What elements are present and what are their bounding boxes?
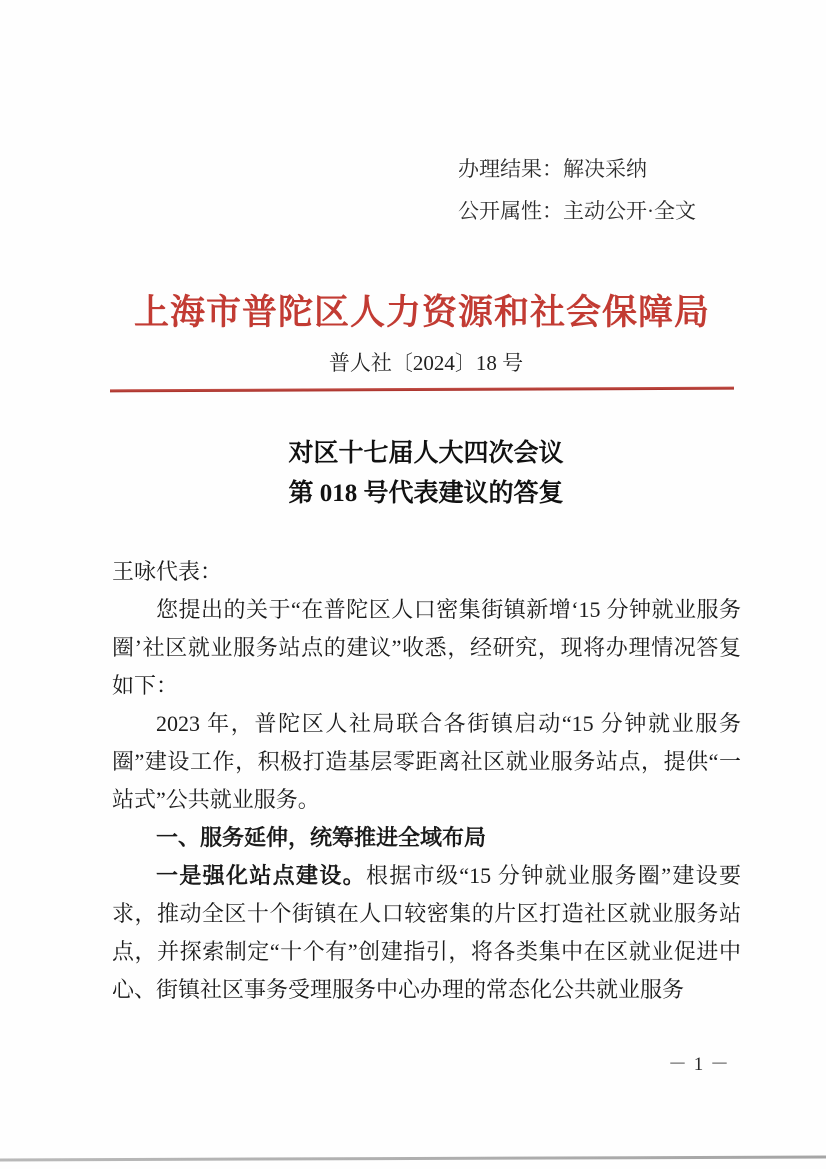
scan-bottom-edge: [0, 1156, 826, 1162]
document-title-line2: 第 018 号代表建议的答复: [112, 474, 740, 514]
document-page: 办理结果：解决采纳 公开属性：主动公开·全文 上海市普陀区人力资源和社会保障局 …: [0, 0, 826, 1169]
handling-result-label: 办理结果：: [458, 157, 563, 181]
document-body: 王咏代表： 您提出的关于“在普陀区人口密集街镇新增‘15 分钟就业服务圈’社区就…: [112, 553, 741, 1009]
section-heading: 一、服务延伸，统筹推进全域布局: [112, 819, 741, 857]
point-one-lead: 一是强化站点建设。: [156, 863, 366, 888]
paragraph-background: 2023 年，普陀区人社局联合各街镇启动“15 分钟就业服务圈”建设工作，积极打…: [112, 705, 741, 819]
page-number: － 1 －: [668, 1049, 730, 1076]
meta-block: 办理结果：解决采纳 公开属性：主动公开·全文: [458, 148, 696, 232]
publicity-row: 公开属性：主动公开·全文: [458, 190, 696, 232]
publicity-label: 公开属性：: [458, 199, 563, 223]
handling-result-row: 办理结果：解决采纳: [458, 148, 696, 190]
agency-masthead: 上海市普陀区人力资源和社会保障局: [92, 285, 752, 335]
publicity-value: 主动公开·全文: [563, 199, 696, 223]
document-number: 普人社〔2024〕18 号: [112, 347, 740, 377]
salutation: 王咏代表：: [112, 553, 741, 591]
paragraph-intro: 您提出的关于“在普陀区人口密集街镇新增‘15 分钟就业服务圈’社区就业服务站点的…: [112, 591, 741, 705]
red-divider-rule: [110, 387, 734, 393]
document-title: 对区十七届人大四次会议 第 018 号代表建议的答复: [112, 434, 740, 514]
handling-result-value: 解决采纳: [563, 157, 647, 181]
document-title-line1: 对区十七届人大四次会议: [112, 434, 740, 474]
paragraph-point-one: 一是强化站点建设。根据市级“15 分钟就业服务圈”建设要求，推动全区十个街镇在人…: [112, 857, 741, 1009]
